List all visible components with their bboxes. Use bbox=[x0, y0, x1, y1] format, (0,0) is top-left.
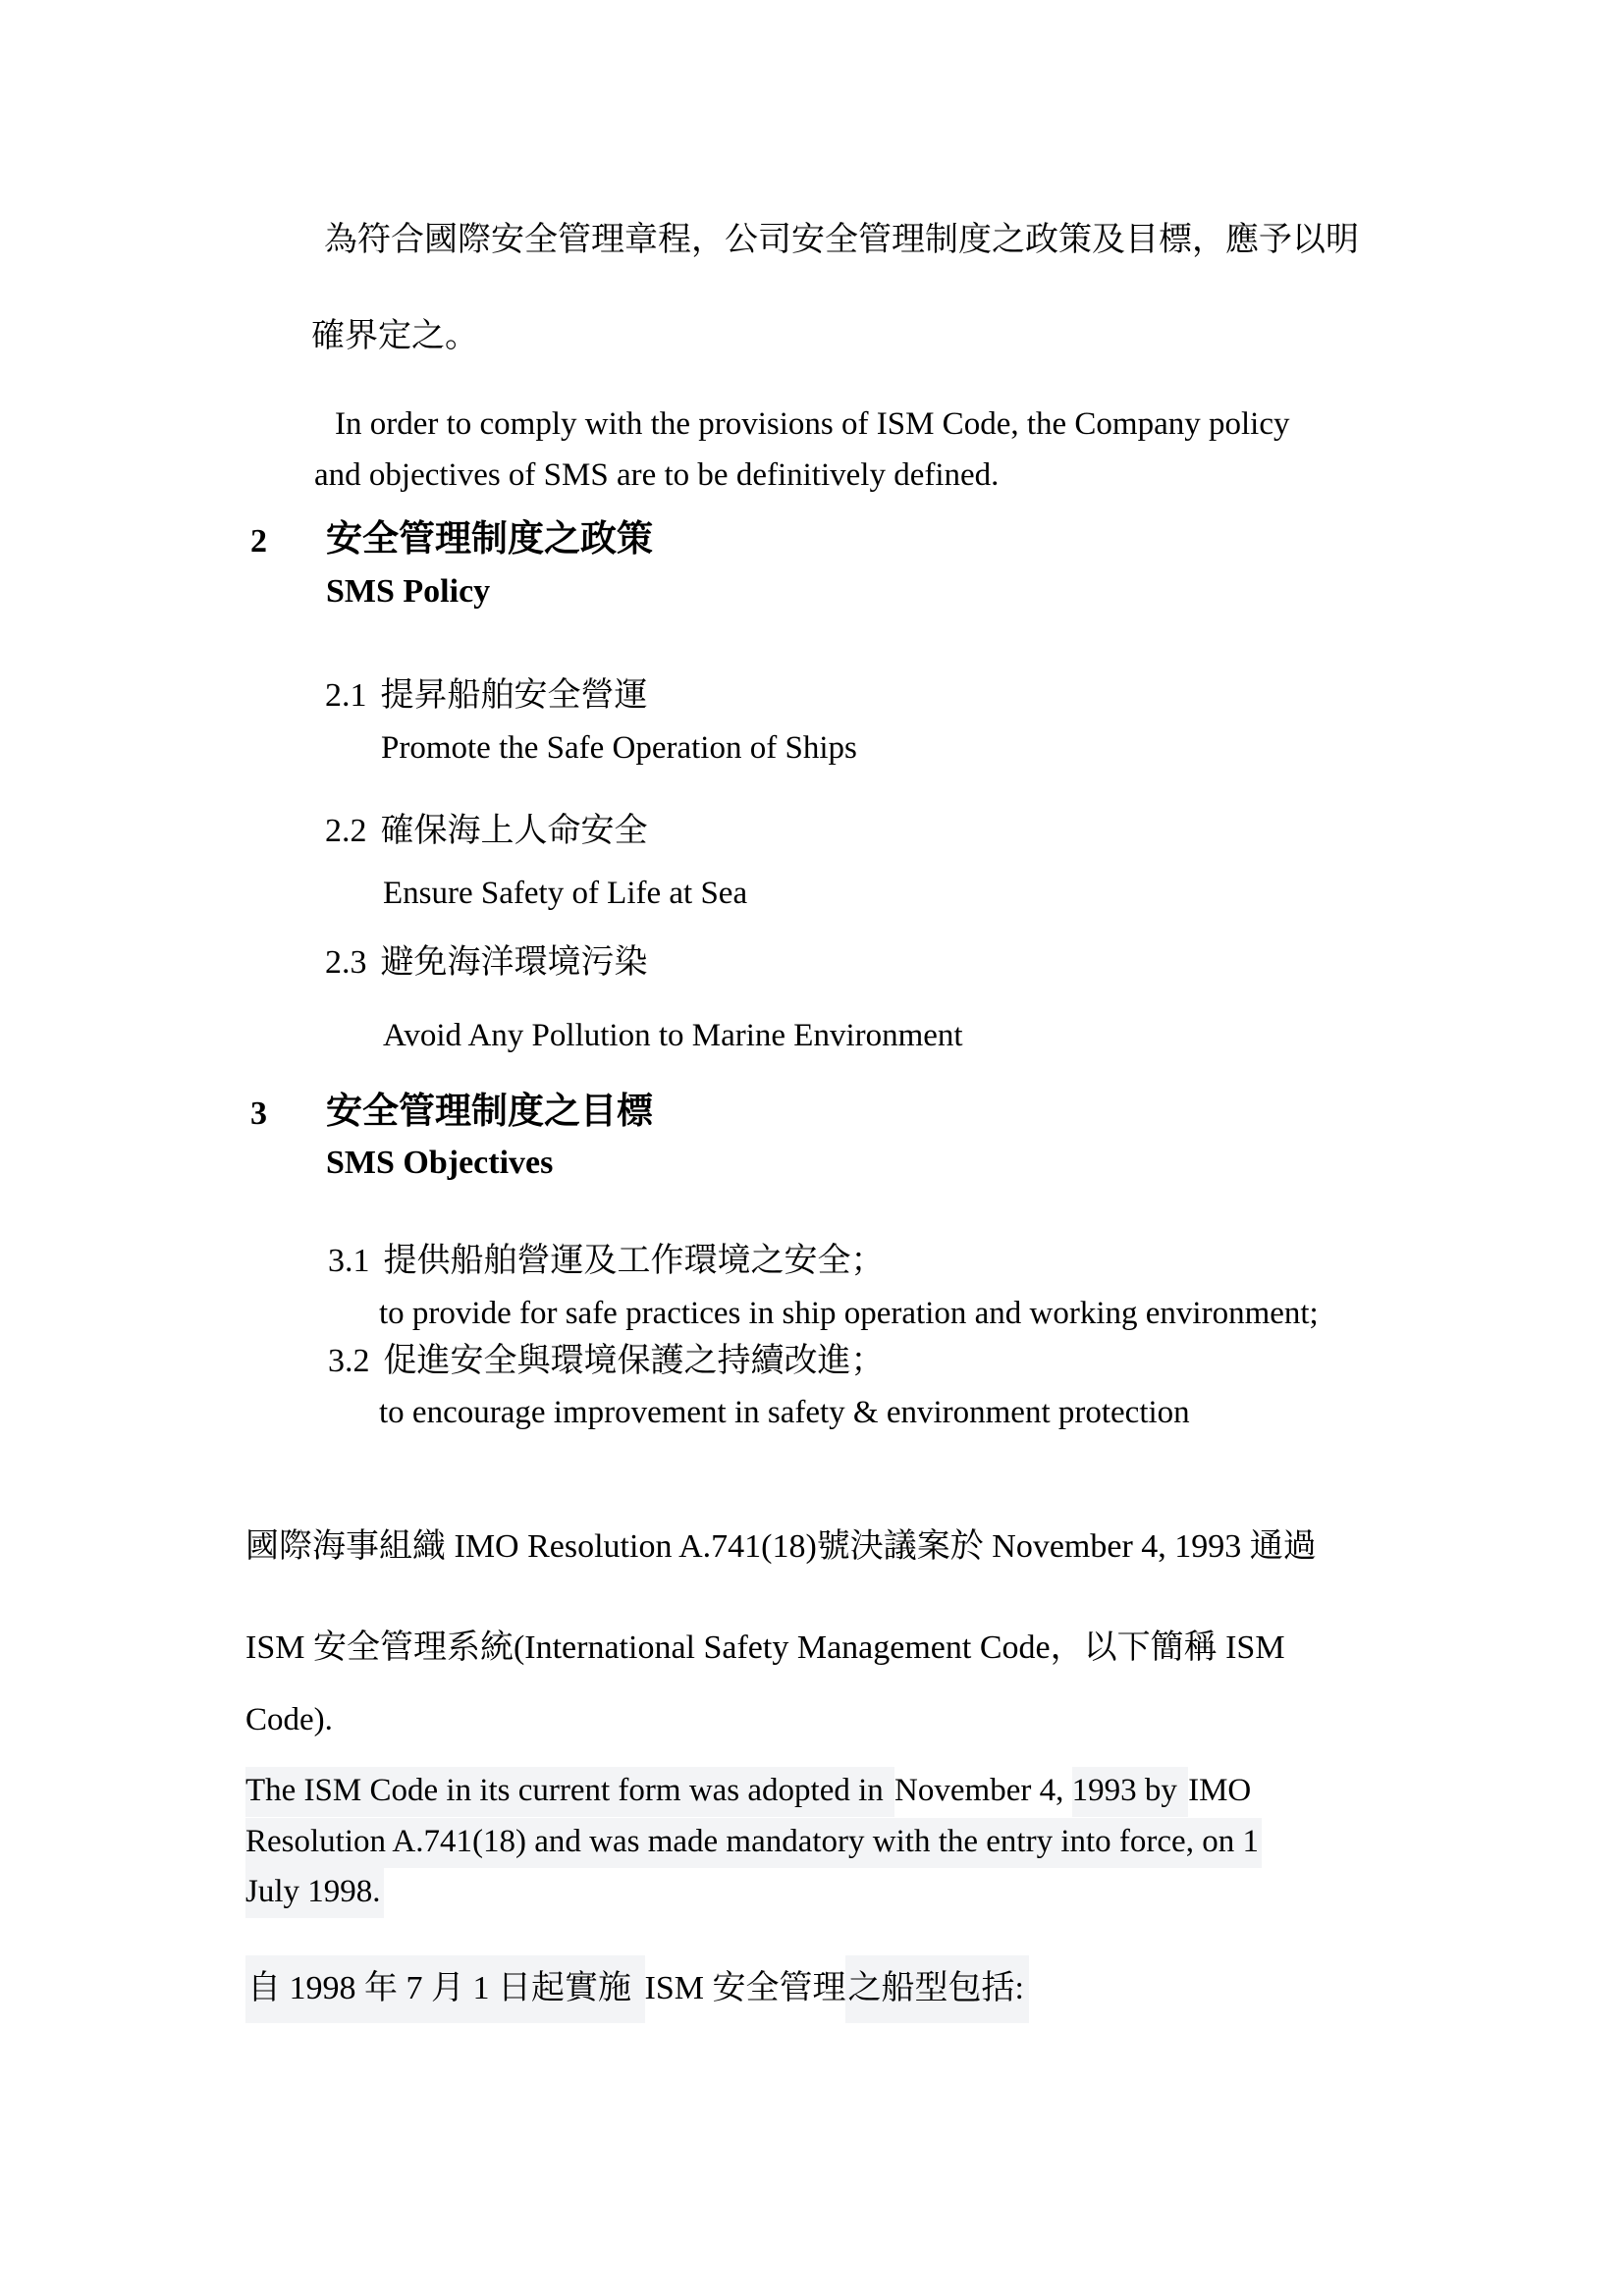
ship-types-segment-highlighted: 自 1998 年 7 月 1 日起實施 bbox=[245, 1955, 645, 2023]
section3-number: 3 bbox=[250, 1092, 267, 1137]
item-3-2-text-en: to encourage improvement in safety & env… bbox=[379, 1391, 1190, 1435]
ism-paragraph-line2: Resolution A.741(18) and was made mandat… bbox=[245, 1820, 1262, 1864]
item-2-3-text-en: Avoid Any Pollution to Marine Environmen… bbox=[383, 1014, 963, 1058]
ism-paragraph-line3: July 1998. bbox=[245, 1870, 384, 1914]
item-2-1-text-en: Promote the Safe Operation of Ships bbox=[381, 726, 857, 771]
intro-zh-line2: 確界定之。 bbox=[311, 314, 478, 359]
ism-line2-segment-highlighted: Resolution A.741(18) and was made mandat… bbox=[245, 1818, 1262, 1868]
intro-en-line2: and objectives of SMS are to be definiti… bbox=[314, 454, 999, 498]
item-3-2-text-zh: 促進安全與環境保護之持續改進； bbox=[384, 1343, 885, 1379]
item-3-1-text-zh: 提供船舶營運及工作環境之安全； bbox=[384, 1243, 885, 1279]
item-2-1-number: 2.1 bbox=[325, 677, 367, 714]
ship-types-segment-plain: ISM 安全管理 bbox=[645, 1970, 846, 2006]
item-2-1-zh-line: 2.1提昇船舶安全營運 bbox=[325, 673, 648, 719]
item-3-1-text-en: to provide for safe practices in ship op… bbox=[379, 1292, 1319, 1336]
item-2-3-text-zh: 避免海洋環境污染 bbox=[381, 944, 648, 981]
item-2-3-number: 2.3 bbox=[325, 944, 367, 981]
ism-line1-segment-plain: November 4, bbox=[894, 1773, 1072, 1808]
ship-types-segment-highlighted-2: 之船型包括: bbox=[845, 1955, 1028, 2023]
ism-line1-segment-highlighted: The ISM Code in its current form was ado… bbox=[245, 1767, 894, 1817]
item-2-1-text-zh: 提昇船舶安全營運 bbox=[381, 677, 648, 714]
section3-title-en: SMS Objectives bbox=[326, 1141, 553, 1186]
item-3-1-number: 3.1 bbox=[328, 1243, 370, 1279]
item-2-2-text-zh: 確保海上人命安全 bbox=[381, 813, 648, 849]
item-3-2-zh-line: 3.2促進安全與環境保護之持續改進； bbox=[328, 1339, 885, 1384]
item-3-2-number: 3.2 bbox=[328, 1343, 370, 1379]
ship-types-line: 自 1998 年 7 月 1 日起實施 ISM 安全管理之船型包括: bbox=[245, 1966, 1029, 2011]
imo-paragraph-line2: ISM 安全管理系統(International Safety Manageme… bbox=[245, 1626, 1285, 1671]
section2-title-zh: 安全管理制度之政策 bbox=[326, 514, 653, 563]
ism-line1-segment-highlighted-2: 1993 by bbox=[1072, 1767, 1189, 1817]
section3-title-zh: 安全管理制度之目標 bbox=[326, 1087, 653, 1136]
section2-title-en: SMS Policy bbox=[326, 569, 490, 614]
imo-paragraph-line1: 國際海事組織 IMO Resolution A.741(18)號決議案於 Nov… bbox=[245, 1524, 1317, 1570]
ism-line1-segment-plain-2: IMO bbox=[1188, 1773, 1251, 1808]
item-2-2-text-en: Ensure Safety of Life at Sea bbox=[383, 872, 747, 916]
item-3-1-zh-line: 3.1提供船舶營運及工作環境之安全； bbox=[328, 1239, 885, 1284]
intro-en-line1: In order to comply with the provisions o… bbox=[335, 402, 1289, 447]
intro-zh-line1: 為符合國際安全管理章程，公司安全管理制度之政策及目標，應予以明 bbox=[324, 218, 1359, 263]
ism-paragraph-line1: The ISM Code in its current form was ado… bbox=[245, 1769, 1251, 1813]
ism-line3-segment-highlighted: July 1998. bbox=[245, 1868, 384, 1918]
section2-number: 2 bbox=[250, 519, 267, 564]
item-2-2-zh-line: 2.2確保海上人命安全 bbox=[325, 809, 648, 854]
item-2-3-zh-line: 2.3避免海洋環境污染 bbox=[325, 940, 648, 986]
item-2-2-number: 2.2 bbox=[325, 813, 367, 849]
document-page: 為符合國際安全管理章程，公司安全管理制度之政策及目標，應予以明 確界定之。 In… bbox=[0, 0, 1624, 2296]
imo-paragraph-line3: Code). bbox=[245, 1698, 333, 1742]
